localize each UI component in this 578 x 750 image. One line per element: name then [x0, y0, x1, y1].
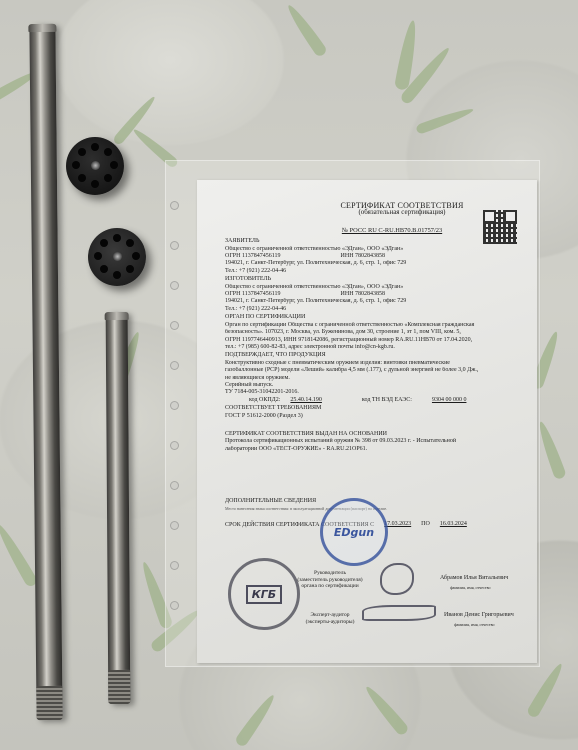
okpd2-value: 25.40.14.190 — [290, 397, 322, 404]
barrel-short — [106, 312, 131, 704]
magazine-chamber — [113, 271, 121, 279]
magazine-chamber — [110, 161, 118, 169]
manufacturer-ogrn: ОГРН 1137847456119 — [225, 291, 281, 298]
magazine-chamber — [94, 252, 102, 260]
applicant-line: Общество с ограниченной ответственностью… — [225, 246, 519, 253]
barrel-thread — [108, 670, 130, 704]
manufacturer-ids: ОГРН 1137847456119 ИНН 7802843858 — [225, 291, 519, 298]
magazine-chamber — [126, 239, 134, 247]
magazine-chamber — [91, 180, 99, 188]
tnved-label: код ТН ВЭД ЕАЭС: — [362, 397, 412, 404]
applicant-ogrn: ОГРН 1137847456119 — [225, 253, 281, 260]
applicant-line: Тел.: +7 (921) 222-04-46 — [225, 268, 519, 275]
certification-body-line: Орган по сертификации Общества с огранич… — [225, 322, 519, 329]
tnved-value: 9304 00 000 0 — [432, 397, 467, 404]
leaf-decoration — [362, 683, 410, 737]
edgun-stamp-text: EDgun — [334, 526, 374, 539]
rotary-magazine — [88, 228, 146, 286]
sleeve-punch-hole — [170, 401, 179, 410]
rotary-magazine — [66, 137, 124, 195]
applicant-line: 194021, г. Санкт-Петербург, ул. Политехн… — [225, 260, 519, 267]
magazine-chamber — [104, 148, 112, 156]
sleeve-punch-hole — [170, 561, 179, 570]
certification-body-line: тел.: +7 (985) 600-82-83, адрес электрон… — [225, 344, 519, 351]
magazine-chamber — [113, 234, 121, 242]
certification-body-heading: ОРГАН ПО СЕРТИФИКАЦИИ — [225, 314, 519, 321]
magazine-chamber — [72, 161, 80, 169]
product-line: ТУ 7184-005-31042201-2016. — [225, 389, 519, 396]
basis-line: Протокола сертификационных испытаний ору… — [225, 438, 519, 445]
edgun-company-stamp: EDgun — [320, 498, 388, 566]
manufacturer-heading: ИЗГОТОВИТЕЛЬ — [225, 276, 519, 283]
validity-to: 16.03.2024 — [440, 521, 467, 529]
expert-signature — [362, 605, 436, 621]
sleeve-punch-hole — [170, 601, 179, 610]
applicant-ids: ОГРН 1137847456119 ИНН 7802843858 — [225, 253, 519, 260]
expert-role-label: Эксперт-аудитор (эксперты-аудиторы) — [290, 612, 370, 625]
sleeve-punch-hole — [170, 201, 179, 210]
manufacturer-line: Тел.: +7 (921) 222-04-46 — [225, 306, 519, 313]
sleeve-punch-hole — [170, 321, 179, 330]
leaf-decoration — [526, 661, 566, 719]
validity-from: 17.03.2023 — [384, 521, 411, 529]
requirements-value: ГОСТ Р 51612-2000 (Раздел 3) — [225, 413, 519, 420]
magazine-chamber — [104, 174, 112, 182]
barrel-muzzle-cap — [105, 312, 129, 320]
requirements-heading: СООТВЕТСТВУЕТ ТРЕБОВАНИЯМ — [225, 405, 519, 412]
barrel-muzzle-cap — [28, 24, 56, 32]
certificate-number: № РОСС RU C-RU.НВ70.В.01757/23 — [265, 227, 519, 234]
sleeve-punch-hole — [170, 281, 179, 290]
sleeve-punch-hole — [170, 241, 179, 250]
qr-code-icon — [483, 210, 517, 244]
validity-to-label: ПО — [421, 521, 430, 529]
sleeve-punch-hole — [170, 361, 179, 370]
certification-body-line: ОГРН 1197746440913, ИНН 9718142086, реги… — [225, 337, 519, 344]
magazine-chamber — [126, 265, 134, 273]
head-name: Абрамов Илья Витальевич — [440, 575, 508, 581]
sleeve-punch-hole — [170, 521, 179, 530]
sleeve-punch-hole — [170, 441, 179, 450]
magazine-axle — [91, 161, 100, 170]
manufacturer-inn: ИНН 7802843858 — [341, 291, 386, 298]
basis-line: лаборатории ООО «ТЕСТ-ОРУЖИЕ» - RA.RU.21… — [225, 446, 519, 453]
product-line: Серийный выпуск. — [225, 382, 519, 389]
magazine-chamber — [78, 148, 86, 156]
leaf-decoration — [415, 105, 475, 135]
okpd2-label: код ОКПД2: — [249, 397, 280, 404]
kgb-stamp-text: КГБ — [246, 585, 282, 604]
product-heading: ПОДТВЕРЖДАЕТ, ЧТО ПРОДУКЦИЯ — [225, 352, 519, 359]
product-line: не являющиеся оружием. — [225, 375, 519, 382]
expert-name-caption: фамилия, имя, отчество — [454, 622, 495, 629]
applicant-inn: ИНН 7802843858 — [341, 253, 386, 260]
leaf-decoration — [234, 692, 278, 748]
manufacturer-line: 194021, г. Санкт-Петербург, ул. Политехн… — [225, 298, 519, 305]
applicant-heading: ЗАЯВИТЕЛЬ — [225, 238, 519, 245]
expert-name: Иванов Денис Григорьевич — [444, 612, 514, 618]
head-role-label: Руководитель (заместитель руководителя) … — [290, 570, 370, 590]
magazine-chamber — [91, 143, 99, 151]
head-name-caption: фамилия, имя, отчество — [450, 585, 491, 592]
magazine-chamber — [100, 265, 108, 273]
magazine-axle — [113, 252, 122, 261]
leaf-decoration — [0, 522, 39, 589]
product-codes: код ОКПД2: 25.40.14.190 код ТН ВЭД ЕАЭС:… — [225, 397, 519, 404]
basis-heading: СЕРТИФИКАТ СООТВЕТСТВИЯ ВЫДАН НА ОСНОВАН… — [225, 431, 519, 438]
barrel-thread — [36, 686, 62, 720]
certification-body-line: безопасность». 107023, г. Москва, ул. Бу… — [225, 329, 519, 336]
magazine-chamber — [78, 174, 86, 182]
product-line: Конструктивно сходные с пневматическим о… — [225, 360, 519, 367]
magazine-chamber — [132, 252, 140, 260]
sleeve-punch-hole — [170, 481, 179, 490]
leaf-decoration — [284, 2, 328, 58]
magazine-chamber — [100, 239, 108, 247]
product-line: газобаллонные (PCP) модели «Леший» калиб… — [225, 367, 519, 374]
head-signature — [380, 563, 414, 595]
manufacturer-line: Общество с ограниченной ответственностью… — [225, 284, 519, 291]
